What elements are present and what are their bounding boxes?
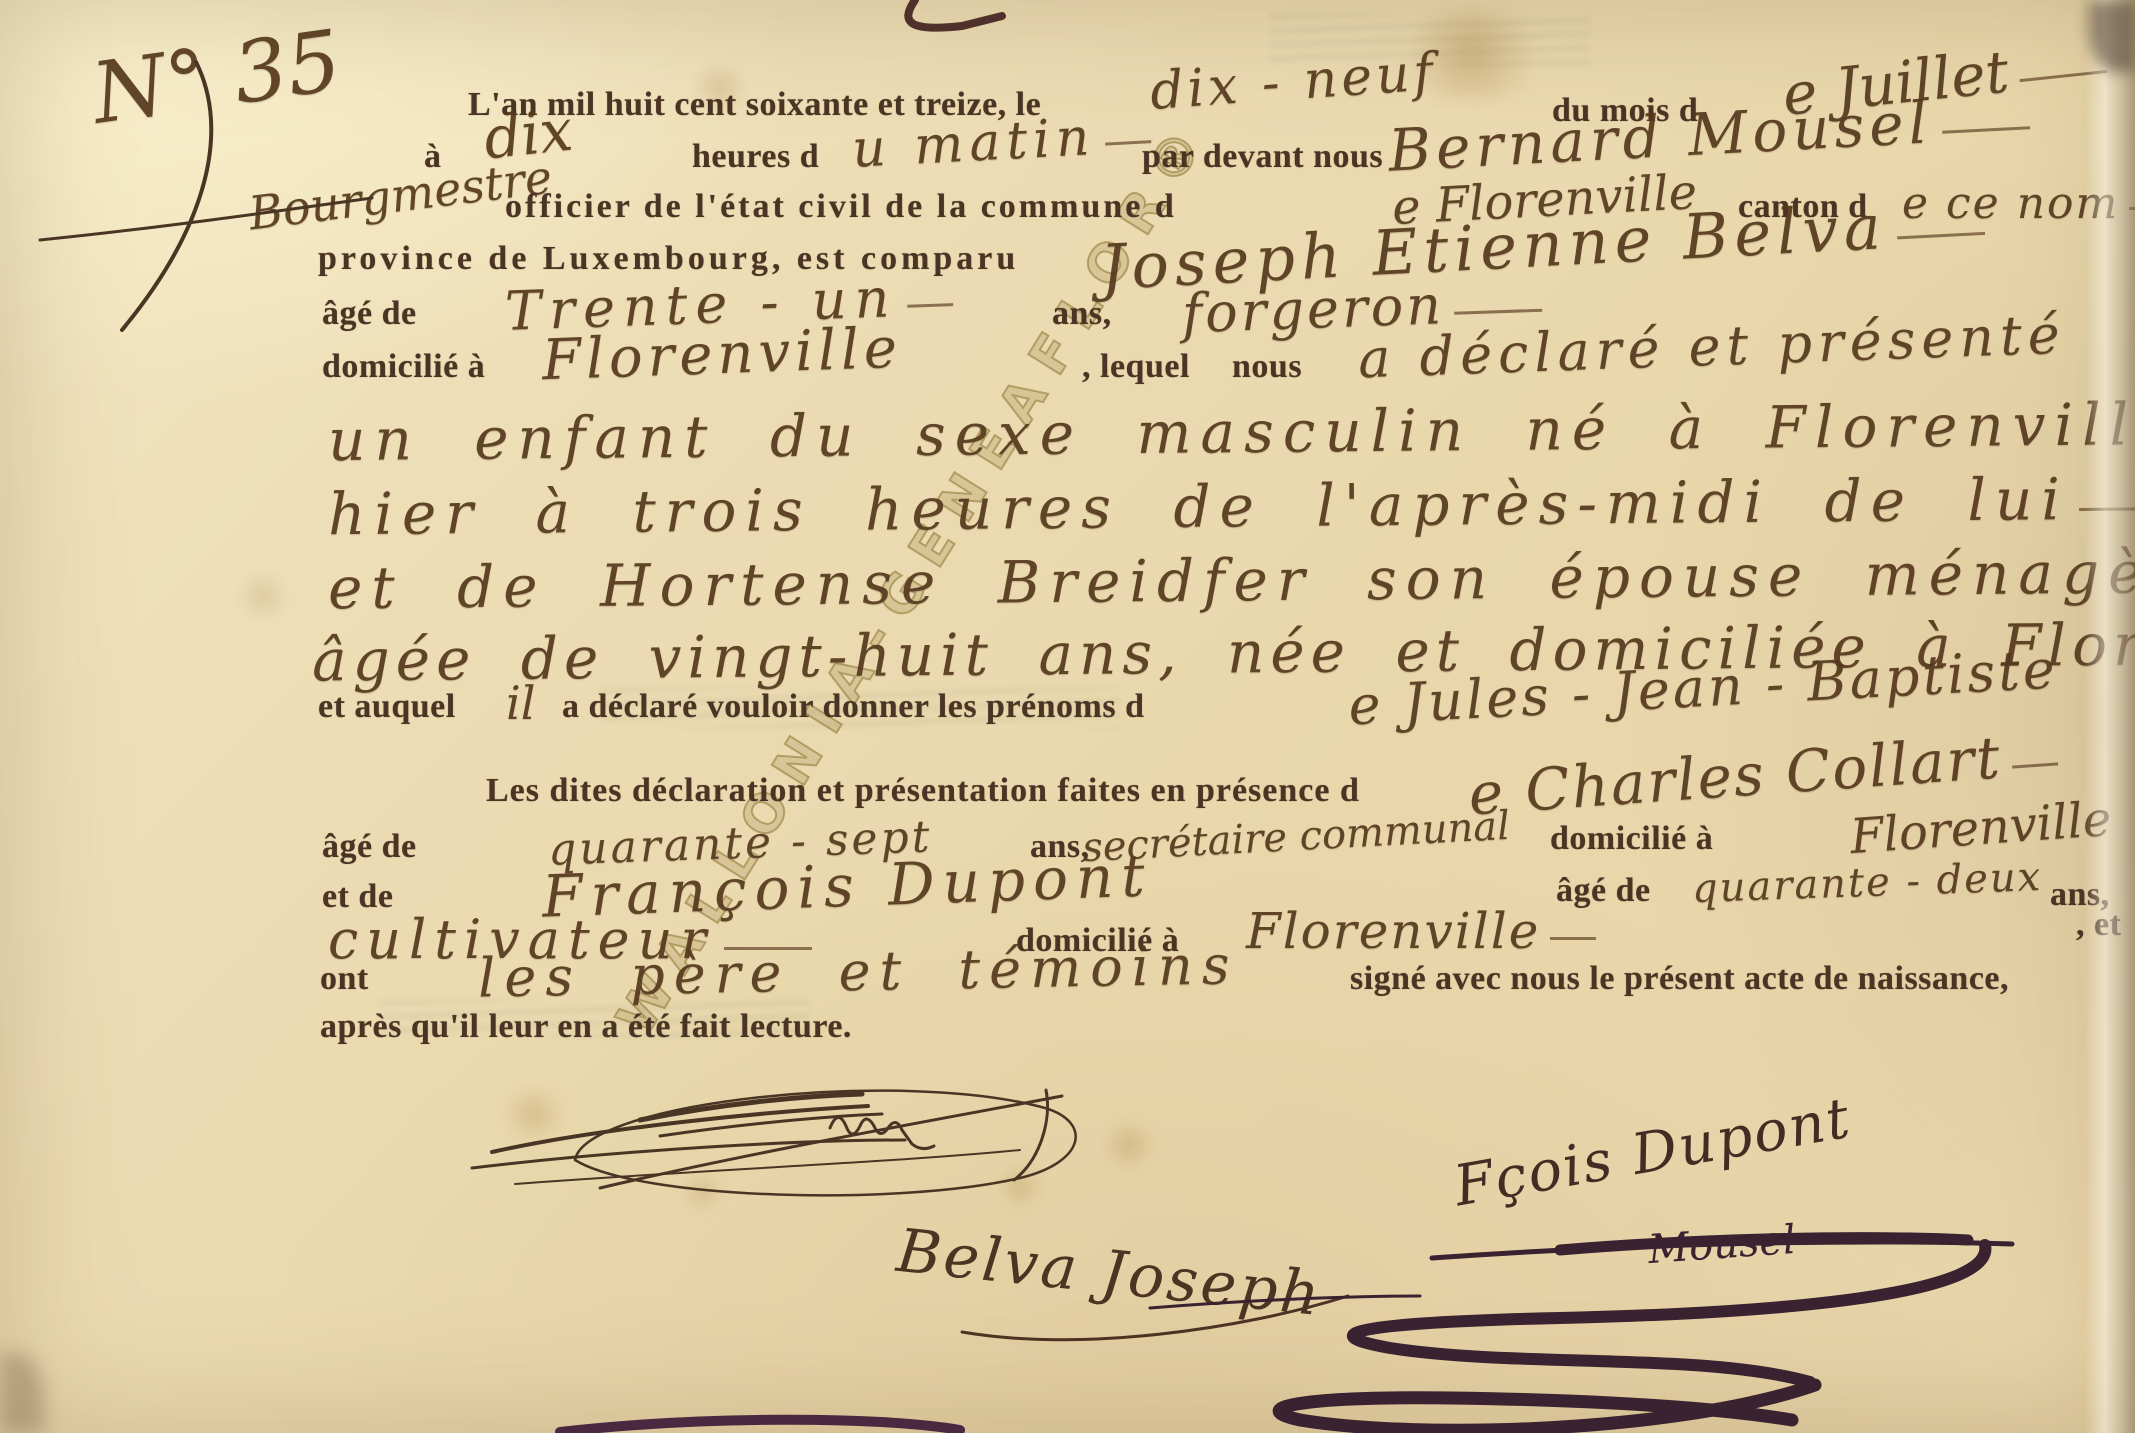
printed-hours-label: heures d — [692, 138, 819, 176]
printed-signed-with-us: signé avec nous le présent acte de naiss… — [1350, 960, 2009, 998]
printed-lequel: , lequel — [1082, 348, 1190, 386]
printed-aged-label: âgé de — [322, 295, 417, 333]
printed-w1-residing: domicilié à — [1550, 820, 1713, 858]
hand-signers: les père et témoins — [478, 933, 1240, 1009]
printed-residing-label: domicilié à — [322, 348, 485, 386]
hand-block-time: hier à trois heures de l'après-midi de l… — [328, 464, 2135, 549]
hand-il: il — [506, 676, 535, 730]
hand-w2-age: quarante - deux — [1691, 854, 2043, 912]
printed-give-names: a déclaré vouloir donner les prénoms d — [562, 688, 1145, 726]
printed-declaration-presence: Les dites déclaration et présentation fa… — [486, 772, 1360, 810]
printed-ont: ont — [320, 960, 369, 998]
printed-before-us: par devant nous — [1142, 138, 1383, 176]
printed-nous: nous — [1232, 348, 1302, 386]
hand-day: dix - neuf — [1148, 42, 1438, 122]
collart-hatch2 — [472, 1140, 905, 1168]
printed-civil-officer: officier de l'état civil de la commune d — [505, 188, 1177, 226]
paper-stain — [996, 1166, 1044, 1208]
signature-belva: Belva Joseph — [894, 1216, 1326, 1330]
mousel-loop2 — [1279, 1385, 1815, 1430]
page-corner-shadow-bottomleft — [0, 1353, 44, 1433]
page-right-edge — [2085, 0, 2135, 1433]
printed-and-to-whom: et auquel — [318, 688, 456, 726]
paper-stain — [1100, 1122, 1158, 1168]
paper-stain — [682, 1174, 724, 1210]
act-number: N° 35 — [86, 11, 346, 143]
hand-w1-residence: Florenville — [1848, 791, 2113, 865]
top-ink-mark — [908, 0, 1002, 28]
collart-hatch5 — [660, 1114, 882, 1136]
printed-after-reading: après qu'il leur en a été fait lecture. — [320, 1008, 852, 1046]
signature-mousel: Mousel — [1647, 1217, 1798, 1273]
collart-hatch3 — [515, 1150, 1020, 1184]
paper-stain — [236, 572, 290, 620]
birth-act-scan: WALLONIA-GENEAFLOR® N° 35 L'an mil huit … — [0, 0, 2135, 1433]
collart-letters — [830, 1117, 934, 1148]
hand-block-mother: et de Hortense Breidfer son épouse ménag… — [328, 538, 2135, 623]
collart-hatch4 — [640, 1094, 862, 1120]
hand-declarant-residence: Florenville — [541, 316, 903, 394]
paper-stain — [498, 1088, 570, 1140]
hand-w2-residence: Florenville — [1246, 902, 1596, 960]
collart-diagonal — [600, 1096, 1062, 1188]
printed-w1-aged: âgé de — [322, 828, 417, 866]
hand-block-child: un enfant du sexe masculin né à Florenvi… — [328, 390, 2135, 474]
bottom-edge-stroke — [560, 1420, 960, 1432]
signature-dupont: Fçois Dupont — [1449, 1086, 1856, 1220]
printed-years-label: ans, — [1052, 295, 1112, 333]
